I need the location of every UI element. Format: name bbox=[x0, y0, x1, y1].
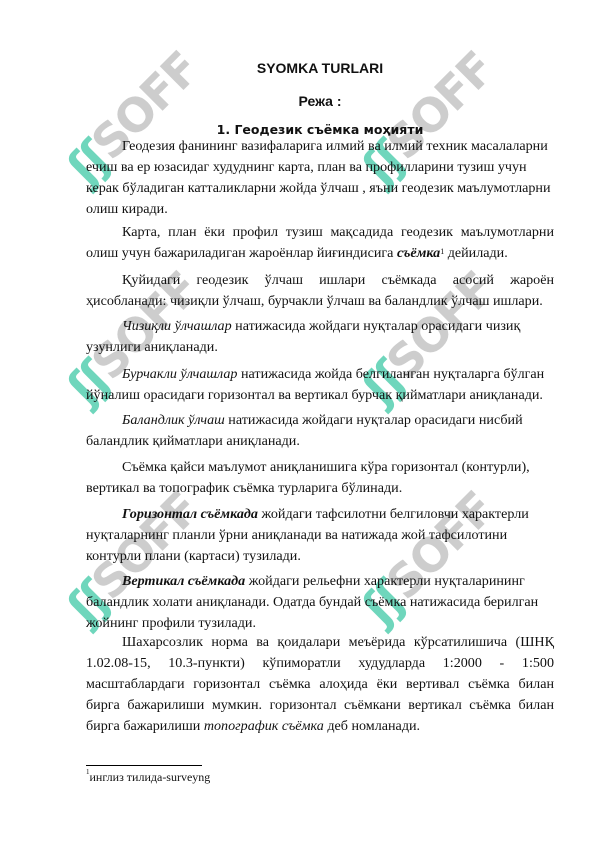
text-run: Бурчакли ўлчашлар bbox=[122, 366, 237, 382]
footnote: 1инглиз тилида-surveyng bbox=[86, 770, 210, 785]
text-run: Съёмка қайси маълумот аниқланишига кўра … bbox=[86, 459, 530, 496]
text-run: Горизонтал съёмкада bbox=[122, 506, 258, 522]
document-page: ʃʃSOFF ʃʃSOFF ʃʃSOFF ʃʃSOFF ʃʃSOFF ʃʃSOF… bbox=[0, 0, 596, 842]
footnote-reference: 1 bbox=[440, 247, 444, 256]
text-run: Вертикал съёмкада bbox=[122, 573, 245, 589]
text-run: Қуйидаги геодезик ўлчаш ишлари съёмкада … bbox=[86, 272, 554, 309]
paragraph: Геодезия фанининг вазифаларига илмий ва … bbox=[86, 136, 554, 220]
text-run: Чизиқли ўлчашлар bbox=[122, 318, 232, 334]
text-run: Баландлик ўлчаш bbox=[122, 412, 225, 428]
footnote-separator bbox=[86, 765, 202, 766]
text-run: деб номланади. bbox=[324, 718, 420, 734]
document-title: SYOMKA TURLARI bbox=[86, 60, 554, 76]
footnote-marker: 1 bbox=[86, 768, 90, 776]
paragraph: Карта, план ёки профил тузиш мақсадида г… bbox=[86, 222, 554, 264]
paragraph: Бурчакли ўлчашлар натижасида жойда белги… bbox=[86, 364, 554, 406]
paragraph: Чизиқли ўлчашлар натижасида жойдаги нуқт… bbox=[86, 316, 554, 358]
paragraph: Баландлик ўлчаш натижасида жойдаги нуқта… bbox=[86, 410, 554, 452]
text-run: Геодезия фанининг вазифаларига илмий ва … bbox=[86, 138, 551, 217]
footnote-text: инглиз тилида-surveyng bbox=[90, 770, 211, 784]
text-run: съёмка bbox=[397, 245, 440, 261]
paragraph: Вертикал съёмкада жойдаги рельефни харак… bbox=[86, 571, 554, 634]
section-heading: 1. Геодезик съёмка моҳияти bbox=[86, 122, 554, 137]
paragraph: Горизонтал съёмкада жойдаги тафсилотни б… bbox=[86, 504, 554, 567]
paragraph: Съёмка қайси маълумот аниқланишига кўра … bbox=[86, 457, 554, 499]
text-run: топографик съёмка bbox=[204, 718, 324, 734]
plan-label: Режа : bbox=[86, 93, 554, 109]
text-run: дейилади. bbox=[444, 245, 508, 261]
paragraph: Қуйидаги геодезик ўлчаш ишлари съёмкада … bbox=[86, 270, 554, 312]
paragraph: Шахарсозлик норма ва қоидалари меъёрида … bbox=[86, 632, 554, 737]
